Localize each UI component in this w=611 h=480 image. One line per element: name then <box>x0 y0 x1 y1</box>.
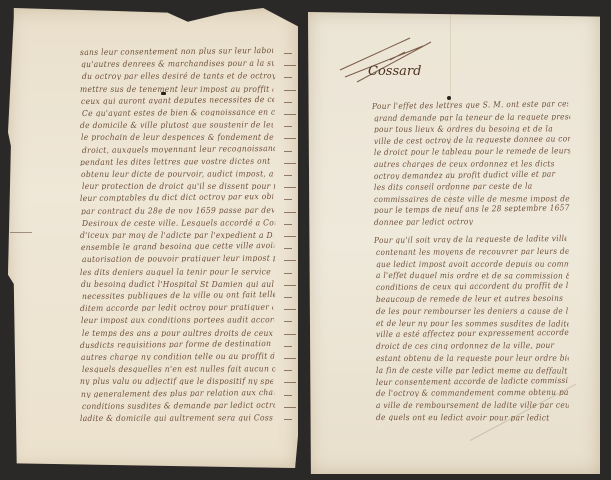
manuscript-line: droict de ces cinq ordonnez de la ville,… <box>376 341 569 350</box>
manuscript-line: d'iceux par moy de l'adicte par l'expedi… <box>80 231 273 239</box>
manuscript-line: donnee par ledict octroy <box>374 216 570 226</box>
manuscript-line: obtenu leur dicte de pourvoir, audict im… <box>81 169 274 178</box>
line-filler-dash <box>284 248 292 249</box>
line-filler-dash <box>284 151 292 152</box>
manuscript-line: ceux qui auront ayant deputes necessites… <box>81 95 274 105</box>
manuscript-line: le temps des ans a pour aultres droits d… <box>82 329 275 337</box>
manuscript-line: de l'octroy & commandement comme obtenu … <box>376 388 569 397</box>
line-filler-dash <box>284 126 292 127</box>
manuscript-line: ny plus valu ou adjectif que le disposit… <box>80 377 273 385</box>
manuscript-line: droict, auxquels moyennant leur recognoi… <box>82 144 275 154</box>
manuscript-line: commissaires de ceste ville de mesme imp… <box>374 194 570 203</box>
line-filler-dash <box>284 236 296 237</box>
line-filler-dash <box>284 212 296 213</box>
manuscript-line: a l'effet duquel mis ordre et de sa comm… <box>376 271 569 280</box>
manuscript-line: autres charge ny condition telle ou au p… <box>81 352 274 362</box>
line-filler-dash <box>284 65 296 66</box>
manuscript-line: a ville de remboursement de ladite ville… <box>376 401 569 410</box>
line-filler-dash <box>284 138 296 139</box>
manuscript-line: Ce qu'ayant estes de bien & cognoissance… <box>82 108 275 118</box>
manuscript-line: leur impost aux conditions portees audit… <box>81 316 274 325</box>
line-filler-dash <box>284 395 292 396</box>
binding-hole <box>447 96 451 100</box>
manuscript-line: qu'autres denrees & marchandises pour a … <box>81 59 274 69</box>
line-filler-dash <box>284 285 296 286</box>
line-filler-dash <box>284 224 292 225</box>
manuscript-line: la fin de ceste ville par ledict meme au… <box>376 366 569 375</box>
line-filler-dash <box>284 334 296 335</box>
manuscript-line: pour tous lieux & ordres du besoing et d… <box>374 125 570 134</box>
manuscript-line: que ledict impost avoit accorde depuis o… <box>376 259 569 268</box>
manuscript-line: Desiroux de ceste ville. Lesquels accord… <box>82 218 275 227</box>
manuscript-line: contenant les moyens de recouvrer par le… <box>376 247 569 256</box>
line-filler-dash <box>284 187 296 188</box>
fold-crease <box>10 232 32 233</box>
manuscript-line: par contract du 28e de nov 1659 passe pa… <box>81 205 274 215</box>
manuscript-line: pendant les dites lettres que vostre dic… <box>80 156 273 166</box>
signature: Cossard <box>368 64 421 79</box>
line-filler-dash <box>284 175 292 176</box>
line-filler-dash <box>284 163 296 164</box>
line-filler-dash <box>284 260 296 261</box>
manuscript-line: du besoing dudict l'Hospital St Damien q… <box>81 280 274 288</box>
manuscript-line: grand demande par la teneur de la requet… <box>374 112 570 122</box>
manuscript-line: le prochain de leur despences & fondemen… <box>81 133 274 141</box>
line-filler-dash <box>284 419 292 420</box>
manuscript-line: de domicile & ville plutost que sousteni… <box>80 121 273 130</box>
line-filler-dash <box>284 114 296 115</box>
line-filler-dash <box>284 382 296 383</box>
manuscript-line: ditem accorde par ledit octroy pour prat… <box>80 303 273 313</box>
line-filler-dash <box>284 309 296 310</box>
line-filler-dash <box>284 273 292 274</box>
line-filler-dash <box>284 102 292 103</box>
manuscript-line: autres charges de ceux ordonnez et les d… <box>374 159 570 168</box>
line-filler-dash <box>284 297 292 298</box>
manuscript-line: de les pour rembourser les deniers a cau… <box>376 306 569 315</box>
manuscript-line: mettre sus de tenement leur impost au pr… <box>80 85 273 93</box>
manuscript-line: dusdicts requisitions par forme de desti… <box>80 339 273 349</box>
line-filler-dash <box>284 321 292 322</box>
manuscript-line: conditions susdites & demande par ledict… <box>82 400 275 410</box>
manuscript-line: leur consentement accorde de ladicte com… <box>376 376 569 386</box>
manuscript-line: beaucoup de remede de leur et autres bes… <box>376 294 569 303</box>
manuscript-line: les dits deniers auquel la tenir pour le… <box>80 267 273 276</box>
manuscript-line: ladite & domicile qui aultrement sera qu… <box>80 413 273 422</box>
line-filler-dash <box>284 358 296 359</box>
line-filler-dash <box>284 90 296 91</box>
manuscript-line: du octroy par elles desiré de tants et d… <box>82 72 275 81</box>
manuscript-line: estant obtenu de la requeste pour leur o… <box>376 354 569 363</box>
line-filler-dash <box>284 407 296 408</box>
line-filler-dash <box>284 199 292 200</box>
manuscript-line: ny generalement des plus par relation au… <box>81 388 274 398</box>
manuscript-line: et de leur ny pour les sommes susdites d… <box>376 319 569 328</box>
manuscript-line: lesquels desquelles n'en est nulles fait… <box>82 365 275 374</box>
line-filler-dash <box>284 370 292 371</box>
line-filler-dash <box>284 53 292 54</box>
manuscript-line: leur protection de droict qu'il se disse… <box>82 182 275 190</box>
line-filler-dash <box>284 346 292 347</box>
manuscript-line: de quels ont eu ledict avoir pour par le… <box>376 413 569 422</box>
line-filler-dash <box>284 77 292 78</box>
